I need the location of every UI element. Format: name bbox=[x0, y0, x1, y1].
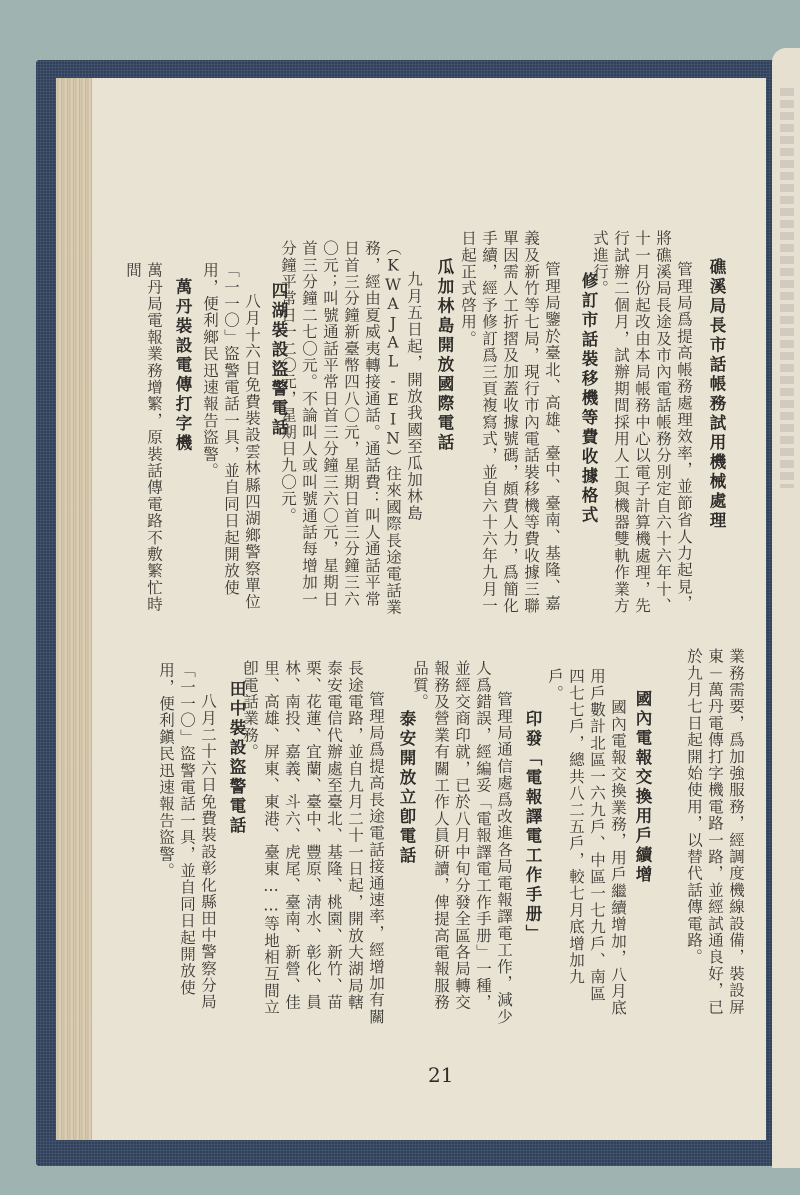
article-title-jiaoxi: 礁溪局長市話帳務試用機械處理 bbox=[706, 258, 727, 658]
article-title-taian: 泰安開放立卽電話 bbox=[396, 710, 417, 890]
article-body-taian: 管理局爲提高長途電話接通速率，經增加有關長途電路，並自九月二十一日起，開放大湖局… bbox=[258, 660, 386, 1026]
article-title-wandan: 萬丹裝設電傳打字機 bbox=[172, 278, 193, 458]
article-body-fee-receipt: 管理局鑒於臺北、高雄、臺中、臺南、基隆、嘉義及新竹等七局，現行市內電話裝移機等費… bbox=[462, 230, 562, 626]
article-title-telex: 國內電報交換用戶續增 bbox=[632, 690, 653, 940]
article-body-kwajalein: 九月五日起，開放我國至瓜加林島（KWAJAL-EIN）往來國際長途電話業務，經由… bbox=[300, 240, 424, 620]
article-body-wandan-part2: 業務需要，爲加強服務，經調度機線設備，裝設屏東－萬丹電傳打字機電路一路，並經試通… bbox=[682, 648, 746, 1018]
article-title-tianzhong: 田中裝設盜警電話 bbox=[226, 680, 247, 860]
article-title-manual: 印發「電報譯電工作手册」 bbox=[522, 710, 543, 970]
article-body-sihu: 八月十六日免費裝設雲林縣四湖鄉警察單位「一一〇」盜警電話一具，並自同日起開放使用… bbox=[198, 262, 262, 622]
article-body-manual: 管理局通信處爲改進各局電報譯電工作，減少人爲錯誤，經編妥「電報譯電工作手册」一種… bbox=[424, 660, 514, 1026]
article-body-tianzhong: 八月二十六日免費裝設彰化縣田中警察分局「一一〇」盜警電話一具，並自同日起開放使用… bbox=[146, 662, 218, 1028]
article-title-kwajalein: 瓜加林島開放國際電話 bbox=[434, 258, 455, 488]
next-page-edge bbox=[772, 48, 800, 1168]
bleed-through-text bbox=[780, 88, 794, 488]
article-title-fee-receipt: 修訂市話裝移機等費收據格式 bbox=[578, 272, 599, 572]
article-body-telex: 國內電報交換業務，用戶繼續增加，八月底用戶數計北區一六九戶、中區一七九戶、南區四… bbox=[556, 668, 628, 1018]
article-body-jiaoxi: 管理局爲提高帳務處理效率，並節省人力起見，將礁溪局長途及市內電話帳務分別定自六十… bbox=[602, 230, 694, 626]
article-body-wandan-part1: 萬丹局電報業務增繁，原裝話傳電路不敷繁忙時間 bbox=[140, 262, 164, 624]
page-number: 21 bbox=[428, 1063, 453, 1087]
article-title-sihu: 四湖裝設盜警電話 bbox=[268, 282, 289, 452]
